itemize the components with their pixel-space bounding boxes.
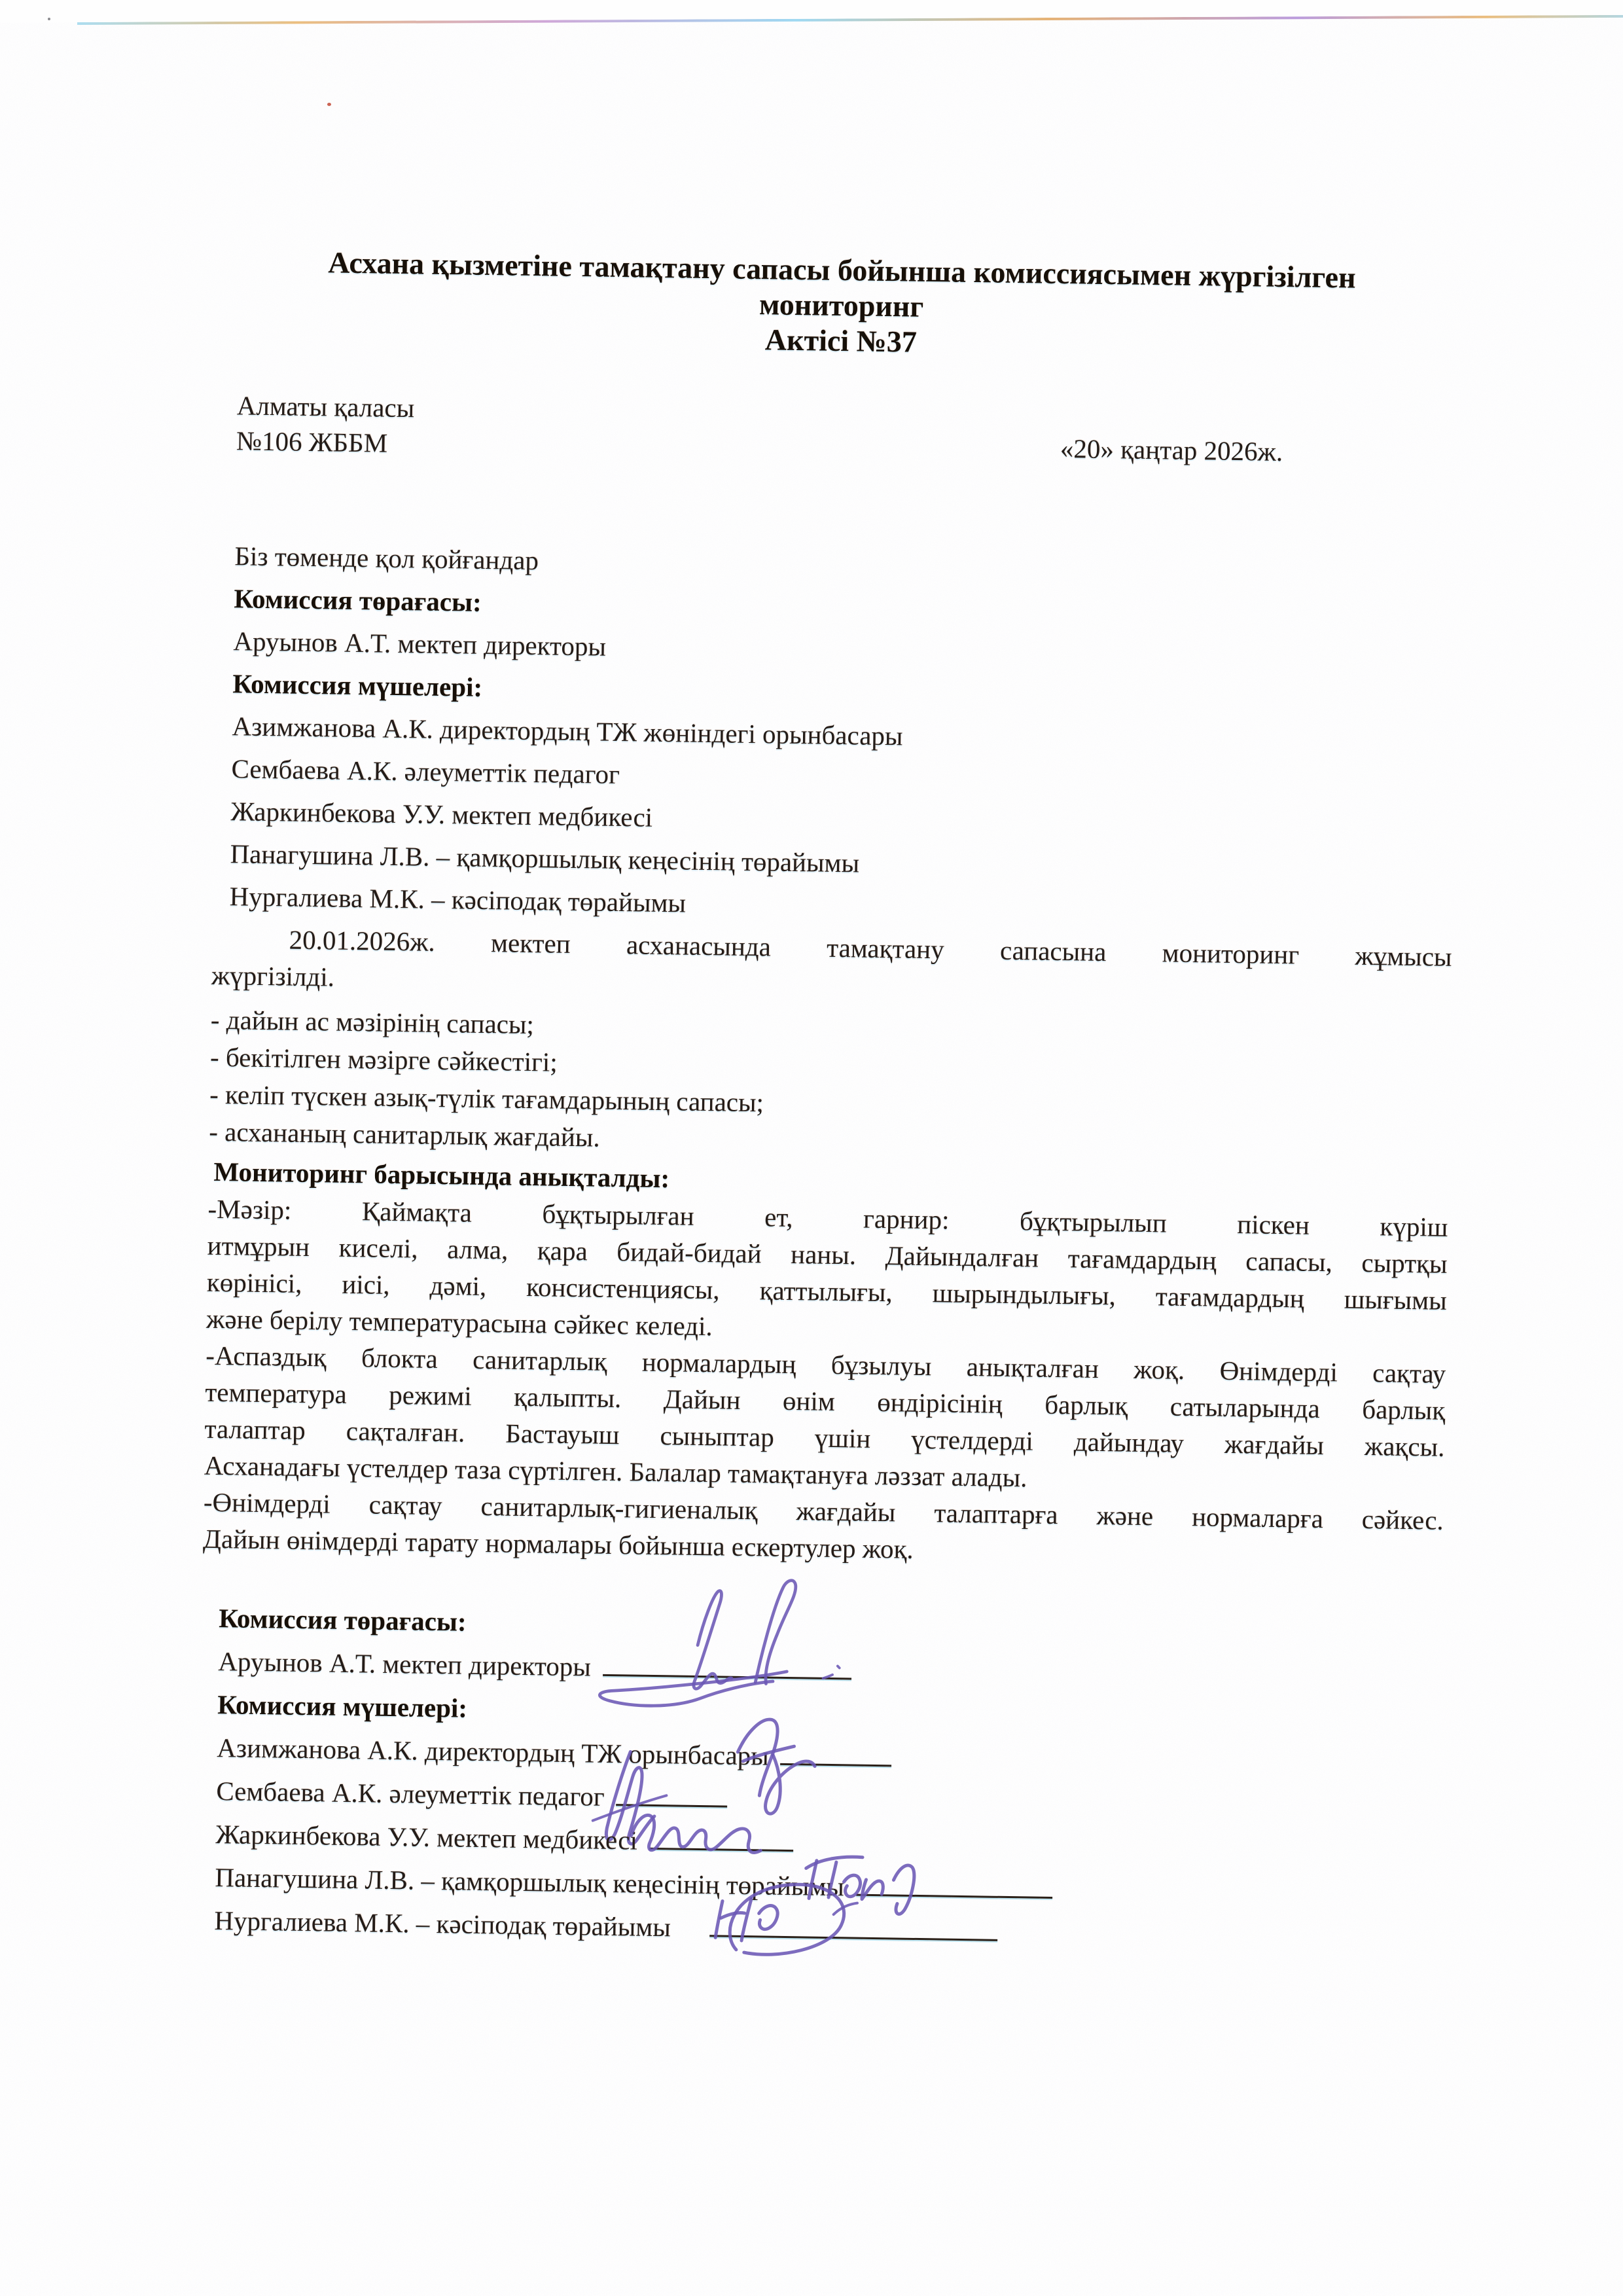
commission-list: Біз төменде қол қойғандар Комиссия төрағ… (212, 535, 1457, 936)
monitoring-checklist: - дайын ас мәзірінің сапасы;- бекітілген… (209, 1001, 1451, 1169)
signature-label: Аруынов А.Т. мектеп директоры (218, 1646, 591, 1681)
date-line: «20» қаңтар 2026ж. (1060, 433, 1283, 467)
signature-line (616, 1804, 727, 1808)
signature-label: Панагушина Л.В. – қамқоршылық кеңесінің … (215, 1862, 844, 1901)
signature-line (649, 1848, 793, 1852)
signature-line (710, 1935, 998, 1941)
members-list: Азимжанова А.К. директордың ТЖ жөніндегі… (229, 705, 1455, 936)
findings-paragraph-menu: -Мәзір: Қаймақта бұқтырылған ет, гарнир:… (206, 1191, 1448, 1355)
document-title: Асхана қызметіне тамақтану сапасы бойынш… (221, 243, 1462, 368)
document-content: Асхана қызметіне тамақтану сапасы бойынш… (197, 0, 1466, 1960)
signature-label: Азимжанова А.К. директордың ТЖ орынбасар… (217, 1732, 769, 1771)
findings-paragraph-kitchen: -Аспаздық блокта санитарлық нормалардың … (204, 1337, 1446, 1502)
signature-line (603, 1674, 851, 1680)
signature-line (781, 1763, 892, 1767)
signature-label: Сембаева А.К. әлеуметтік педагог (216, 1776, 605, 1812)
monitoring-intro-paragraph: 20.01.2026ж. мектеп асханасында тамақтан… (211, 920, 1452, 1012)
signature-label: Нургалиева М.К. – кәсіподақ төрайымы (214, 1905, 671, 1942)
signature-line (856, 1894, 1052, 1899)
ink-speck (327, 103, 331, 106)
dust-speck (48, 18, 50, 20)
scanned-document-page: { "doc": { "title_lines": [ "Асхана қызм… (0, 0, 1623, 2296)
signature-label: Жаркинбекова У.У. мектеп медбикесі (215, 1819, 637, 1856)
signature-section: Комиссия төрағасы: Аруынов А.Т. мектеп д… (197, 1596, 1442, 1960)
